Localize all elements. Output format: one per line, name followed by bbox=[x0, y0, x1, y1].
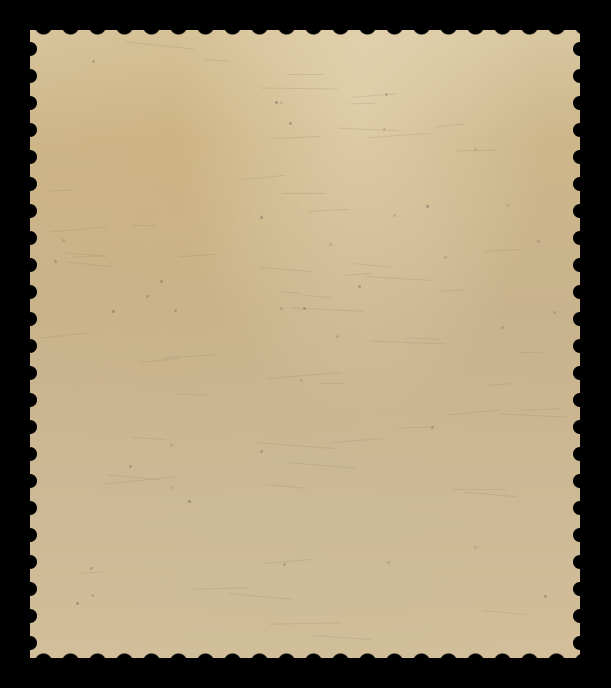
paper-speck bbox=[387, 561, 390, 564]
paper-speck bbox=[62, 239, 65, 242]
paper-speck bbox=[171, 486, 174, 489]
paper-fiber bbox=[371, 341, 445, 345]
paper-fiber bbox=[453, 489, 505, 490]
perforation-hole bbox=[573, 96, 587, 110]
perforation-hole bbox=[573, 366, 587, 380]
paper-speck bbox=[507, 204, 510, 207]
perforation-hole bbox=[23, 96, 37, 110]
perforation-hole bbox=[23, 393, 37, 407]
perforation-hole bbox=[23, 69, 37, 83]
paper-speck bbox=[174, 309, 177, 312]
perforation-hole bbox=[23, 231, 37, 245]
perforation-hole bbox=[573, 528, 587, 542]
perforation-hole bbox=[23, 204, 37, 218]
paper-fiber bbox=[500, 413, 567, 417]
paper-fiber bbox=[140, 358, 179, 363]
perforation-hole bbox=[573, 393, 587, 407]
perforation-hole bbox=[23, 123, 37, 137]
black-background bbox=[0, 0, 611, 688]
perforation-hole bbox=[573, 231, 587, 245]
paper-fiber bbox=[318, 383, 345, 385]
paper-fiber bbox=[464, 491, 518, 497]
paper-fiber bbox=[265, 559, 311, 564]
paper-fiber bbox=[132, 437, 166, 440]
perforation-hole bbox=[573, 123, 587, 137]
paper-speck bbox=[537, 240, 540, 243]
paper-speck bbox=[275, 101, 278, 104]
paper-fiber bbox=[268, 372, 342, 379]
perforation-hole bbox=[23, 528, 37, 542]
paper-speck bbox=[188, 500, 191, 503]
perforation-hole bbox=[573, 501, 587, 515]
perforation-hole bbox=[23, 420, 37, 434]
paper-speck bbox=[544, 595, 547, 598]
paper-speck bbox=[260, 450, 263, 453]
perforation-hole bbox=[23, 366, 37, 380]
paper-fiber bbox=[66, 262, 114, 268]
paper-speck bbox=[260, 216, 263, 219]
perforation-hole bbox=[23, 447, 37, 461]
perforation-hole bbox=[573, 177, 587, 191]
paper-fiber bbox=[308, 209, 349, 212]
perforation-hole bbox=[23, 555, 37, 569]
perforation-hole bbox=[23, 339, 37, 353]
paper-fiber bbox=[304, 295, 331, 298]
perforation-hole bbox=[573, 609, 587, 623]
paper-fiber bbox=[178, 253, 217, 257]
paper-fiber bbox=[484, 249, 519, 252]
paper-fiber bbox=[487, 383, 512, 386]
paper-fiber bbox=[338, 128, 399, 132]
perforation-hole bbox=[23, 582, 37, 596]
paper-fiber bbox=[266, 484, 306, 489]
paper-fiber bbox=[260, 88, 338, 90]
paper-speck bbox=[329, 243, 332, 246]
paper-speck bbox=[91, 594, 94, 597]
paper-fiber bbox=[441, 289, 466, 292]
paper-fiber bbox=[260, 267, 312, 272]
perforation-hole bbox=[573, 204, 587, 218]
paper-speck bbox=[553, 311, 556, 314]
paper-fiber bbox=[483, 610, 526, 615]
paper-fiber bbox=[50, 226, 107, 232]
paper-fiber bbox=[333, 437, 382, 442]
paper-fiber bbox=[398, 426, 434, 428]
paper-speck bbox=[393, 214, 396, 217]
paper-fiber bbox=[178, 394, 206, 396]
perforation-hole bbox=[23, 474, 37, 488]
paper-fiber bbox=[242, 175, 285, 180]
paper-fiber bbox=[269, 623, 342, 625]
perforation-hole bbox=[573, 555, 587, 569]
paper-fiber bbox=[282, 193, 326, 194]
paper-fiber bbox=[447, 409, 499, 415]
paper-fiber bbox=[47, 190, 74, 192]
paper-fiber bbox=[205, 59, 229, 61]
paper-fiber bbox=[406, 338, 440, 340]
perforation-hole bbox=[573, 69, 587, 83]
perforation-hole bbox=[23, 636, 37, 650]
paper-fiber bbox=[455, 150, 496, 152]
paper-fiber bbox=[256, 442, 333, 449]
paper-fiber bbox=[352, 93, 396, 98]
paper-fiber bbox=[369, 133, 430, 138]
paper-fiber bbox=[287, 74, 324, 75]
perforation-hole bbox=[573, 312, 587, 326]
perforation-hole bbox=[23, 258, 37, 272]
paper-fiber bbox=[350, 102, 375, 104]
perforation-hole bbox=[23, 312, 37, 326]
perforation-hole bbox=[23, 285, 37, 299]
perforation-hole bbox=[23, 42, 37, 56]
paper-speck bbox=[336, 335, 339, 338]
paper-fiber bbox=[193, 587, 249, 589]
paper-speck bbox=[289, 122, 292, 125]
perforation-hole bbox=[573, 636, 587, 650]
stamp-back bbox=[30, 28, 580, 660]
paper-speck bbox=[90, 567, 93, 570]
paper-fiber bbox=[366, 276, 431, 281]
paper-fiber bbox=[279, 291, 300, 293]
paper-fiber bbox=[345, 273, 370, 276]
paper-speck bbox=[54, 260, 57, 263]
paper-speck bbox=[160, 280, 163, 283]
paper-speck bbox=[474, 546, 477, 549]
perforation-hole bbox=[23, 150, 37, 164]
paper-speck bbox=[92, 60, 95, 63]
perforation-hole bbox=[573, 258, 587, 272]
paper-fiber bbox=[124, 41, 194, 49]
perforation-hole bbox=[573, 447, 587, 461]
paper-fiber bbox=[79, 571, 104, 574]
paper-fiber bbox=[133, 225, 155, 226]
perforation-hole bbox=[573, 339, 587, 353]
paper-speck bbox=[112, 310, 115, 313]
paper-fiber bbox=[313, 635, 371, 640]
paper-fiber bbox=[271, 136, 320, 139]
perforation-hole bbox=[23, 609, 37, 623]
paper-speck bbox=[501, 326, 504, 329]
paper-fiber bbox=[291, 308, 364, 312]
paper-fiber bbox=[40, 333, 87, 339]
perforation-hole bbox=[23, 177, 37, 191]
paper-fiber bbox=[435, 123, 465, 127]
paper-speck bbox=[280, 307, 283, 310]
perforation-hole bbox=[23, 501, 37, 515]
paper-speck bbox=[280, 101, 283, 104]
paper-speck bbox=[170, 444, 173, 447]
paper-speck bbox=[129, 465, 132, 468]
paper-fiber bbox=[289, 462, 356, 469]
perforation-hole bbox=[573, 150, 587, 164]
paper-fiber bbox=[521, 408, 561, 410]
perforation-hole bbox=[573, 42, 587, 56]
paper-fiber bbox=[229, 594, 294, 601]
paper-speck bbox=[76, 602, 79, 605]
paper-speck bbox=[283, 563, 286, 566]
paper-speck bbox=[146, 295, 149, 298]
paper-fiber bbox=[520, 351, 542, 353]
perforation-hole bbox=[573, 582, 587, 596]
perforation-hole bbox=[573, 474, 587, 488]
perforation-hole bbox=[573, 420, 587, 434]
paper-speck bbox=[300, 379, 303, 382]
paper-fiber bbox=[355, 264, 393, 269]
paper-speck bbox=[444, 256, 447, 259]
perforation-hole bbox=[573, 285, 587, 299]
paper-speck bbox=[358, 285, 361, 288]
paper-speck bbox=[426, 205, 429, 208]
